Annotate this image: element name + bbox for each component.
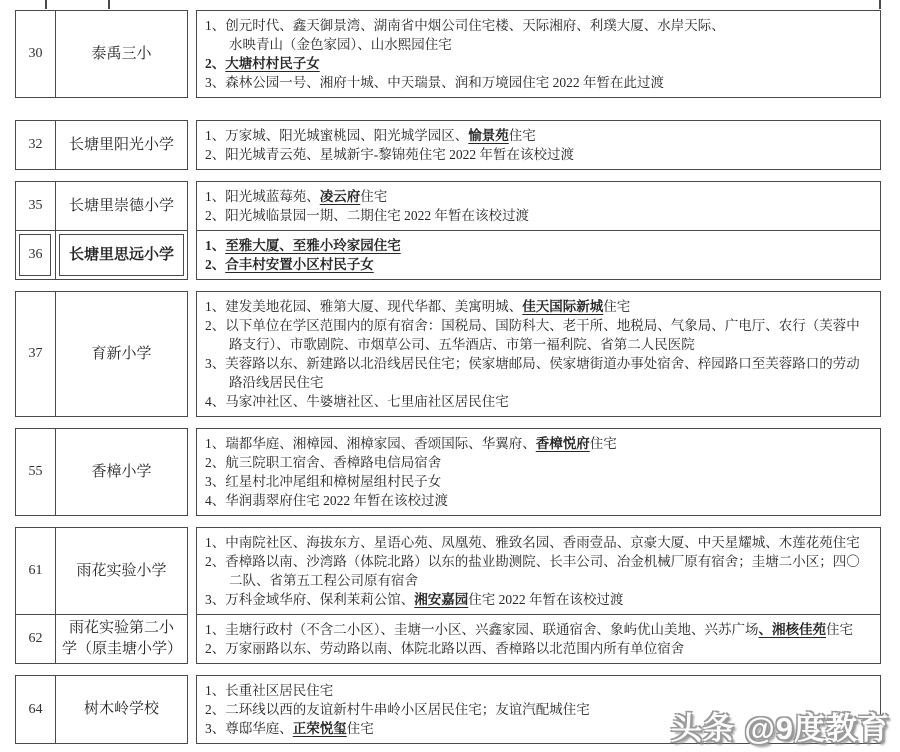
district-text: 2、二环线以西的友谊新村牛串岭小区居民住宅；友谊汽配城住宅 xyxy=(205,702,590,717)
district-item: 4、马家冲社区、牛婆塘社区、七里庙社区居民住宅 xyxy=(205,392,872,411)
district-text: 2、阳光城临景园一期、二期住宅 2022 年暂在该校过渡 xyxy=(205,208,529,223)
district-item: 3、万科金域华府、保利茉莉公馆、湘安嘉园住宅 2022 年暂在该校过渡 xyxy=(205,590,872,609)
district-item: 2、大塘村村民子女 xyxy=(205,54,872,73)
district-item: 2、阳光城临景园一期、二期住宅 2022 年暂在该校过渡 xyxy=(205,206,872,225)
school-name-cell: 泰禹三小 xyxy=(55,10,188,98)
district-text: 4、华润翡翠府住宅 2022 年暂在该校过渡 xyxy=(205,493,448,508)
district-item: 1、中南院社区、海拔东方、星语心苑、凤凰苑、雅致名园、香雨壹品、京豪大厦、中天星… xyxy=(205,533,872,552)
district-text: 4、马家冲社区、牛婆塘社区、七里庙社区居民住宅 xyxy=(205,394,509,409)
highlighted-estate-name: 凌云府 xyxy=(320,189,361,204)
district-item: 2、以下单位在学区范围内的原有宿舍：国税局、国防科大、老干所、地税局、气象局、广… xyxy=(205,316,872,354)
school-name-cell: 雨花实验小学 xyxy=(55,527,188,614)
district-text: 3、森林公园一号、湘府十城、中天瑞景、润和万境园住宅 2022 年暂在此过渡 xyxy=(205,75,664,90)
district-content-cell: 1、创元时代、鑫天御景湾、湖南省中烟公司住宅楼、天际湘府、利璞大厦、水岸天际、水… xyxy=(196,10,881,98)
district-text: 住宅 xyxy=(347,721,374,736)
district-item: 1、万家城、阳光城蜜桃园、阳光城学园区、愉景苑住宅 xyxy=(205,126,872,145)
district-content-cell: 1、建发美地花园、雅第大厦、现代华都、美寓明城、佳天国际新城住宅2、以下单位在学… xyxy=(196,291,881,417)
district-text: 1、瑞都华庭、湘樟园、湘樟家园、香颂国际、华翼府、 xyxy=(205,436,536,451)
district-item: 1、至雅大厦、至雅小玲家园住宅 xyxy=(205,236,872,255)
district-text: 3、尊邸华庭、 xyxy=(205,721,293,736)
district-text: 1、阳光城蓝莓苑、 xyxy=(205,189,320,204)
district-content-cell: 1、瑞都华庭、湘樟园、湘樟家园、香颂国际、华翼府、香樟悦府住宅2、航三院职工宿舍… xyxy=(196,428,881,516)
district-text: 住宅 xyxy=(826,622,853,637)
district-text: 1、创元时代、鑫天御景湾、湖南省中烟公司住宅楼、天际湘府、利璞大厦、水岸天际、 xyxy=(205,18,725,33)
row-number-cell: 35 xyxy=(15,181,55,230)
highlighted-estate-name: 大塘村村民子女 xyxy=(225,56,320,71)
highlighted-estate-name: 湘安嘉园 xyxy=(414,592,468,607)
district-text: 1、长重社区居民住宅 xyxy=(205,683,333,698)
district-text: 住宅 xyxy=(360,189,387,204)
column-gap xyxy=(188,291,196,417)
table-block: 30泰禹三小1、创元时代、鑫天御景湾、湖南省中烟公司住宅楼、天际湘府、利璞大厦、… xyxy=(15,10,881,98)
district-item: 2、万家丽路以东、劳动路以南、体院北路以西、香樟路以北范围内所有单位宿舍 xyxy=(205,639,872,658)
column-gap xyxy=(188,230,196,280)
district-text: 2、万家丽路以东、劳动路以南、体院北路以西、香樟路以北范围内所有单位宿舍 xyxy=(205,641,684,656)
highlighted-estate-name: 、湘核佳苑 xyxy=(759,622,827,637)
district-text: 2、香樟路以南、沙湾路（体院北路）以东的盐业勘测院、长丰公司、冶金机械厂原有宿舍… xyxy=(205,554,860,588)
highlighted-estate-name: 正荣悦玺 xyxy=(293,721,347,736)
district-item: 3、红星村北冲尾组和樟树屋组村民子女 xyxy=(205,472,872,491)
highlighted-estate-name: 香樟悦府 xyxy=(536,436,590,451)
highlighted-estate-name: 1、 xyxy=(205,238,225,253)
district-text: 2、航三院职工宿舍、香樟路电信局宿舍 xyxy=(205,455,441,470)
highlighted-estate-name: 至雅大厦、至雅小玲家园住宅 xyxy=(225,238,401,253)
district-text: 1、万家城、阳光城蜜桃园、阳光城学园区、 xyxy=(205,128,468,143)
district-text: 住宅 2022 年暂在该校过渡 xyxy=(468,592,623,607)
district-text: 1、圭塘行政村（不含二小区）、圭塘一小区、兴鑫家园、联通宿舍、象屿优山美地、兴苏… xyxy=(205,622,759,637)
column-gap xyxy=(188,614,196,664)
district-text: 住宅 xyxy=(590,436,617,451)
school-name-cell: 育新小学 xyxy=(55,291,188,417)
district-text: 1、建发美地花园、雅第大厦、现代华都、美寓明城、 xyxy=(205,299,522,314)
district-item: 1、创元时代、鑫天御景湾、湖南省中烟公司住宅楼、天际湘府、利璞大厦、水岸天际、水… xyxy=(205,16,872,54)
table-block: 55香樟小学1、瑞都华庭、湘樟园、湘樟家园、香颂国际、华翼府、香樟悦府住宅2、航… xyxy=(15,428,881,516)
table-block: 35长塘里崇德小学1、阳光城蓝莓苑、凌云府住宅2、阳光城临景园一期、二期住宅 2… xyxy=(15,181,881,280)
district-item: 2、阳光城青云苑、星城新宇-黎锦苑住宅 2022 年暂在该校过渡 xyxy=(205,145,872,164)
row-number-cell: 61 xyxy=(15,527,55,614)
highlighted-estate-name: 2、 xyxy=(205,257,225,272)
table-edge-stub xyxy=(108,0,110,9)
table-edge-stub xyxy=(45,0,47,9)
row-number-cell: 62 xyxy=(15,614,55,664)
row-number-cell: 36 xyxy=(15,230,55,280)
district-text: 3、芙蓉路以东、新建路以北沿线居民住宅；侯家塘邮局、侯家塘街道办事处宿舍、梓园路… xyxy=(205,356,860,390)
district-content-cell: 1、圭塘行政村（不含二小区）、圭塘一小区、兴鑫家园、联通宿舍、象屿优山美地、兴苏… xyxy=(196,614,881,664)
highlighted-estate-name: 佳天国际新城 xyxy=(522,299,603,314)
watermark: 头条 @9度教育 xyxy=(671,703,890,748)
school-name-cell: 长塘里阳光小学 xyxy=(55,120,188,170)
column-gap xyxy=(188,527,196,614)
district-item: 2、香樟路以南、沙湾路（体院北路）以东的盐业勘测院、长丰公司、冶金机械厂原有宿舍… xyxy=(205,552,872,590)
column-gap xyxy=(188,675,196,744)
row-number-cell: 55 xyxy=(15,428,55,516)
district-item: 2、合丰村安置小区村民子女 xyxy=(205,255,872,274)
highlighted-estate-name: 2、 xyxy=(205,56,225,71)
district-text: 3、万科金域华府、保利茉莉公馆、 xyxy=(205,592,414,607)
row-number-cell: 32 xyxy=(15,120,55,170)
column-gap xyxy=(188,428,196,516)
school-name-cell: 树木岭学校 xyxy=(55,675,188,744)
district-item: 1、圭塘行政村（不含二小区）、圭塘一小区、兴鑫家园、联通宿舍、象屿优山美地、兴苏… xyxy=(205,620,872,639)
district-text: 2、阳光城青云苑、星城新宇-黎锦苑住宅 2022 年暂在该校过渡 xyxy=(205,147,574,162)
district-content-cell: 1、阳光城蓝莓苑、凌云府住宅2、阳光城临景园一期、二期住宅 2022 年暂在该校… xyxy=(196,181,881,230)
district-content-cell: 1、中南院社区、海拔东方、星语心苑、凤凰苑、雅致名园、香雨壹品、京豪大厦、中天星… xyxy=(196,527,881,614)
district-item: 4、华润翡翠府住宅 2022 年暂在该校过渡 xyxy=(205,491,872,510)
district-item: 1、瑞都华庭、湘樟园、湘樟家园、香颂国际、华翼府、香樟悦府住宅 xyxy=(205,434,872,453)
table-block: 32长塘里阳光小学1、万家城、阳光城蜜桃园、阳光城学园区、愉景苑住宅2、阳光城青… xyxy=(15,120,881,170)
school-district-table: 30泰禹三小1、创元时代、鑫天御景湾、湖南省中烟公司住宅楼、天际湘府、利璞大厦、… xyxy=(15,10,881,744)
school-name-cell: 长塘里崇德小学 xyxy=(55,181,188,230)
row-number-cell: 37 xyxy=(15,291,55,417)
row-number-cell: 30 xyxy=(15,10,55,98)
highlighted-estate-name: 合丰村安置小区村民子女 xyxy=(225,257,374,272)
school-name-cell: 雨花实验第二小学（原圭塘小学） xyxy=(55,614,188,664)
district-item: 3、森林公园一号、湘府十城、中天瑞景、润和万境园住宅 2022 年暂在此过渡 xyxy=(205,73,872,92)
district-content-cell: 1、至雅大厦、至雅小玲家园住宅2、合丰村安置小区村民子女 xyxy=(196,230,881,280)
district-item: 1、阳光城蓝莓苑、凌云府住宅 xyxy=(205,187,872,206)
column-gap xyxy=(188,181,196,230)
table-edge-stub xyxy=(879,0,881,9)
district-text: 3、红星村北冲尾组和樟树屋组村民子女 xyxy=(205,474,441,489)
school-name-cell: 长塘里思远小学 xyxy=(55,230,188,280)
table-block: 61雨花实验小学1、中南院社区、海拔东方、星语心苑、凤凰苑、雅致名园、香雨壹品、… xyxy=(15,527,881,664)
district-text: 住宅 xyxy=(603,299,630,314)
district-text: 2、以下单位在学区范围内的原有宿舍：国税局、国防科大、老干所、地税局、气象局、广… xyxy=(205,318,860,352)
table-block: 37育新小学1、建发美地花园、雅第大厦、现代华都、美寓明城、佳天国际新城住宅2、… xyxy=(15,291,881,417)
document-page: 30泰禹三小1、创元时代、鑫天御景湾、湖南省中烟公司住宅楼、天际湘府、利璞大厦、… xyxy=(0,0,900,752)
column-gap xyxy=(188,120,196,170)
district-item: 1、长重社区居民住宅 xyxy=(205,681,872,700)
school-name-cell: 香樟小学 xyxy=(55,428,188,516)
district-text: 1、中南院社区、海拔东方、星语心苑、凤凰苑、雅致名园、香雨壹品、京豪大厦、中天星… xyxy=(205,535,860,550)
district-item: 3、芙蓉路以东、新建路以北沿线居民住宅；侯家塘邮局、侯家塘街道办事处宿舍、梓园路… xyxy=(205,354,872,392)
district-text: 住宅 xyxy=(509,128,536,143)
district-item: 1、建发美地花园、雅第大厦、现代华都、美寓明城、佳天国际新城住宅 xyxy=(205,297,872,316)
row-number-cell: 64 xyxy=(15,675,55,744)
column-gap xyxy=(188,10,196,98)
district-content-cell: 1、万家城、阳光城蜜桃园、阳光城学园区、愉景苑住宅2、阳光城青云苑、星城新宇-黎… xyxy=(196,120,881,170)
district-item: 2、航三院职工宿舍、香樟路电信局宿舍 xyxy=(205,453,872,472)
highlighted-estate-name: 愉景苑 xyxy=(468,128,509,143)
district-text: 水映青山（金色家园）、山水熙园住宅 xyxy=(229,37,452,52)
